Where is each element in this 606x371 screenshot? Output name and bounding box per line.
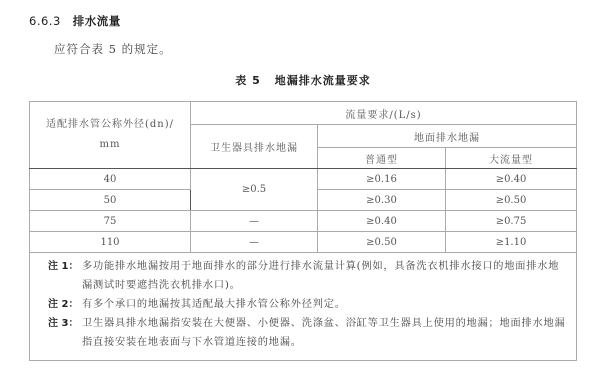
cell-normal: ≥0.16 <box>318 169 446 190</box>
header-pipe-diameter: 适配排水管公称外径(dn)/ mm <box>30 102 191 169</box>
note-3: 注 3： 卫生器具排水地漏指安装在大便器、小便器、洗涤盆、浴缸等卫生器具上使用的… <box>48 314 568 352</box>
table-caption: 表 5地漏排水流量要求 <box>0 72 606 88</box>
section-heading: 6.6.3排水流量 <box>29 13 121 29</box>
header-sanitary-drain: 卫生器具排水地漏 <box>191 125 318 169</box>
cell-dn: 75 <box>30 211 191 232</box>
header-flow-requirement: 流量要求/(L/s) <box>191 102 577 125</box>
drain-flow-table: 适配排水管公称外径(dn)/ mm 流量要求/(L/s) 卫生器具排水地漏 地面… <box>29 101 577 361</box>
cell-dn: 40 <box>30 169 191 190</box>
section-title: 排水流量 <box>73 14 121 28</box>
table-notes: 注 1： 多功能排水地漏按用于地面排水的部分进行排水流量计算(例如，具备洗衣机排… <box>30 253 577 361</box>
header-high-flow-type: 大流量型 <box>446 148 577 169</box>
section-number: 6.6.3 <box>29 14 61 28</box>
cell-dn: 110 <box>30 232 191 253</box>
table-row: 40 ≥0.5 ≥0.16 ≥0.40 <box>30 169 577 190</box>
section-paragraph: 应符合表 5 的规定。 <box>54 41 172 57</box>
table-row: 75 — ≥0.40 ≥0.75 <box>30 211 577 232</box>
table-row: 110 — ≥0.50 ≥1.10 <box>30 232 577 253</box>
cell-dn: 50 <box>30 190 191 211</box>
cell-high-flow: ≥0.50 <box>446 190 577 211</box>
note-2: 注 2： 有多个承口的地漏按其适配最大排水管公称外径判定。 <box>48 295 568 314</box>
header-normal-type: 普通型 <box>318 148 446 169</box>
cell-normal: ≥0.50 <box>318 232 446 253</box>
table-title: 地漏排水流量要求 <box>275 74 371 87</box>
note-1: 注 1： 多功能排水地漏按用于地面排水的部分进行排水流量计算(例如，具备洗衣机排… <box>48 257 568 295</box>
cell-normal: ≥0.30 <box>318 190 446 211</box>
cell-sanitary: — <box>191 232 318 253</box>
cell-sanitary: ≥0.5 <box>191 169 318 211</box>
header-floor-drain: 地面排水地漏 <box>318 125 577 148</box>
cell-high-flow: ≥0.75 <box>446 211 577 232</box>
cell-high-flow: ≥1.10 <box>446 232 577 253</box>
cell-normal: ≥0.40 <box>318 211 446 232</box>
cell-high-flow: ≥0.40 <box>446 169 577 190</box>
table-number: 表 5 <box>235 74 260 87</box>
cell-sanitary: — <box>191 211 318 232</box>
